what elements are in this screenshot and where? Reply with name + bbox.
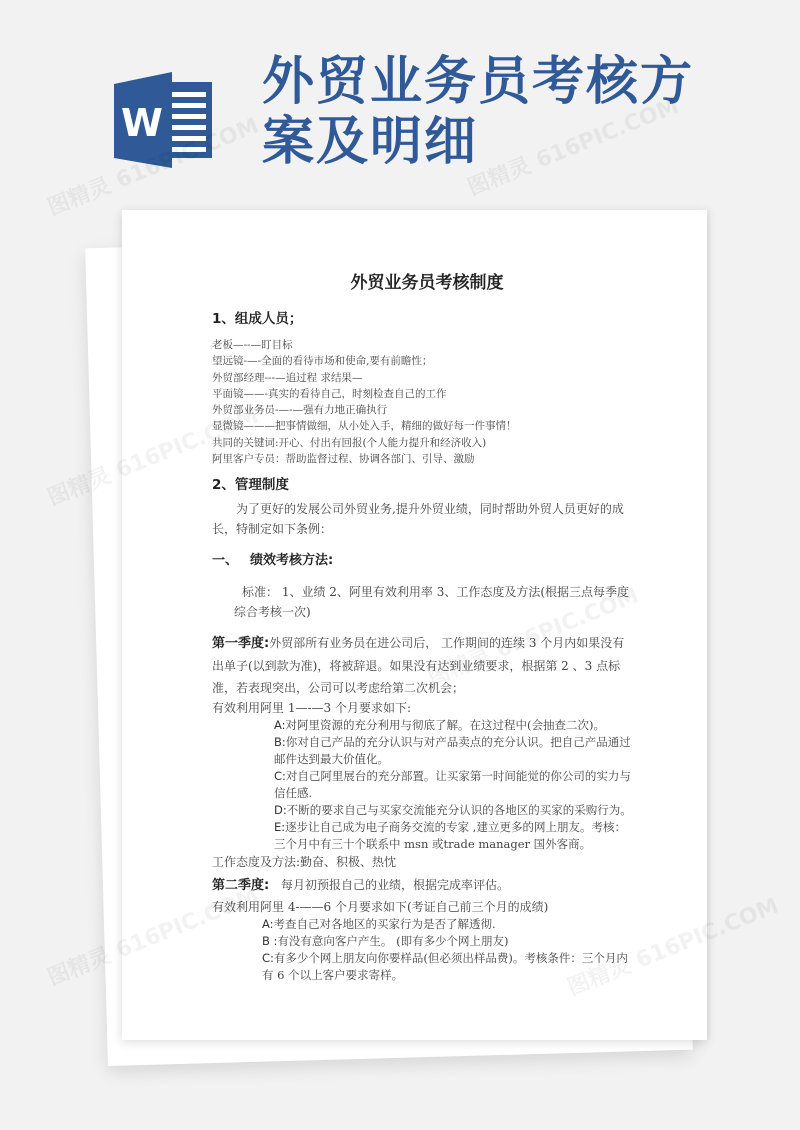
list-item: B :有没有意向客户产生。 (即有多少个网上朋友) <box>212 933 632 950</box>
part-1-number: 一、 <box>212 549 250 568</box>
document-title: 外贸业务员考核制度 <box>212 268 632 293</box>
section-2-intro: 为了更好的发展公司外贸业务,提升外贸业绩，同时帮助外贸人员更好的成长，特制定如下… <box>212 499 632 539</box>
list-item: 老板—--—盯目标 <box>212 337 632 353</box>
section-2-heading: 2、管理制度 <box>212 473 632 493</box>
word-document-icon: W <box>112 70 214 168</box>
q1-label: 第一季度: <box>212 636 269 651</box>
list-item: 平面镜——-真实的看待自己，时刻检查自己的工作 <box>212 386 632 402</box>
list-item: 阿里客户专员：帮助监督过程、协调各部门、引导、激励 <box>212 451 632 467</box>
section-1-list: 老板—--—盯目标 望远镜-—-全面的看待市场和使命,要有前瞻性； 外贸部经理-… <box>212 337 632 467</box>
q2-paragraph: 第二季度: 每月初预报自己的业绩，根据完成率评估。 <box>212 875 632 896</box>
title-line-1: 外贸业务员考核方 <box>262 52 732 112</box>
page-title: 外贸业务员考核方 案及明细 <box>262 52 732 172</box>
q1-ali-intro: 有效利用阿里 1—-—3 个月要求如下: <box>212 699 632 717</box>
list-item: 望远镜-—-全面的看待市场和使命,要有前瞻性； <box>212 353 632 369</box>
list-item: 外贸部业务员-—-—强有力地正确执行 <box>212 402 632 418</box>
q1-text: 外贸部所有业务员在进公司后， 工作期间的连续 3 个月内如果没有出单子(以到款为… <box>212 636 624 695</box>
list-item: A:考查自己对各地区的买家行为是否了解透彻. <box>212 916 632 933</box>
q2-text: 每月初预报自己的业绩，根据完成率评估。 <box>273 878 509 892</box>
document-page: 外贸业务员考核制度 1、组成人员； 老板—--—盯目标 望远镜-—-全面的看待市… <box>122 210 707 1040</box>
q1-attitude: 工作态度及方法:勤奋、积极、热忱 <box>212 853 632 871</box>
list-item: C:对自己阿里展台的充分部置。让买家第一时间能觉的你公司的实力与信任感. <box>212 768 632 802</box>
document-body: 外贸业务员考核制度 1、组成人员； 老板—--—盯目标 望远镜-—-全面的看待市… <box>212 268 632 984</box>
q1-items: A:对阿里资源的充分利用与彻底了解。在这过程中(会抽查二次)。 B:你对自己产品… <box>212 717 632 853</box>
list-item: 外贸部经理---—追过程 求结果— <box>212 370 632 386</box>
part-1-heading: 一、 绩效考核方法: <box>212 549 632 568</box>
list-item: D:不断的要求自己与买家交流能充分认识的各地区的买家的采购行为。 <box>212 802 632 819</box>
standard-text: 标准： 1、业绩 2、阿里有效利用率 3、工作态度及方法(根据三点每季度综合考核… <box>212 582 632 622</box>
q2-label: 第二季度: <box>212 878 269 893</box>
list-item: B:你对自己产品的充分认识与对产品卖点的充分认识。把自己产品通过邮件达到最大价值… <box>212 734 632 768</box>
list-item: E:逐步让自己成为电子商务交流的专家 ,建立更多的网上朋友。考核：三个月中有三十… <box>212 819 632 853</box>
list-item: 显微镜———把事情做细，从小处入手，精细的做好每一件事情！ <box>212 418 632 434</box>
list-item: A:对阿里资源的充分利用与彻底了解。在这过程中(会抽查二次)。 <box>212 717 632 734</box>
part-1-title: 绩效考核方法: <box>250 549 333 568</box>
list-item: C:有多少个网上朋友向你要样品(但必须出样品费)。考核条件：三个月内有 6 个以… <box>212 950 632 984</box>
q2-items: A:考查自己对各地区的买家行为是否了解透彻. B :有没有意向客户产生。 (即有… <box>212 916 632 984</box>
list-item: 共同的关键词:开心、付出有回报(个人能力提升和经济收入) <box>212 435 632 451</box>
q2-ali-intro: 有效利用阿里 4-——6 个月要求如下(考证自己前三个月的成绩) <box>212 898 632 916</box>
q1-paragraph: 第一季度:外贸部所有业务员在进公司后， 工作期间的连续 3 个月内如果没有出单子… <box>212 632 632 699</box>
title-line-2: 案及明细 <box>262 112 732 172</box>
section-1-heading: 1、组成人员； <box>212 307 632 327</box>
svg-text:W: W <box>121 101 163 145</box>
